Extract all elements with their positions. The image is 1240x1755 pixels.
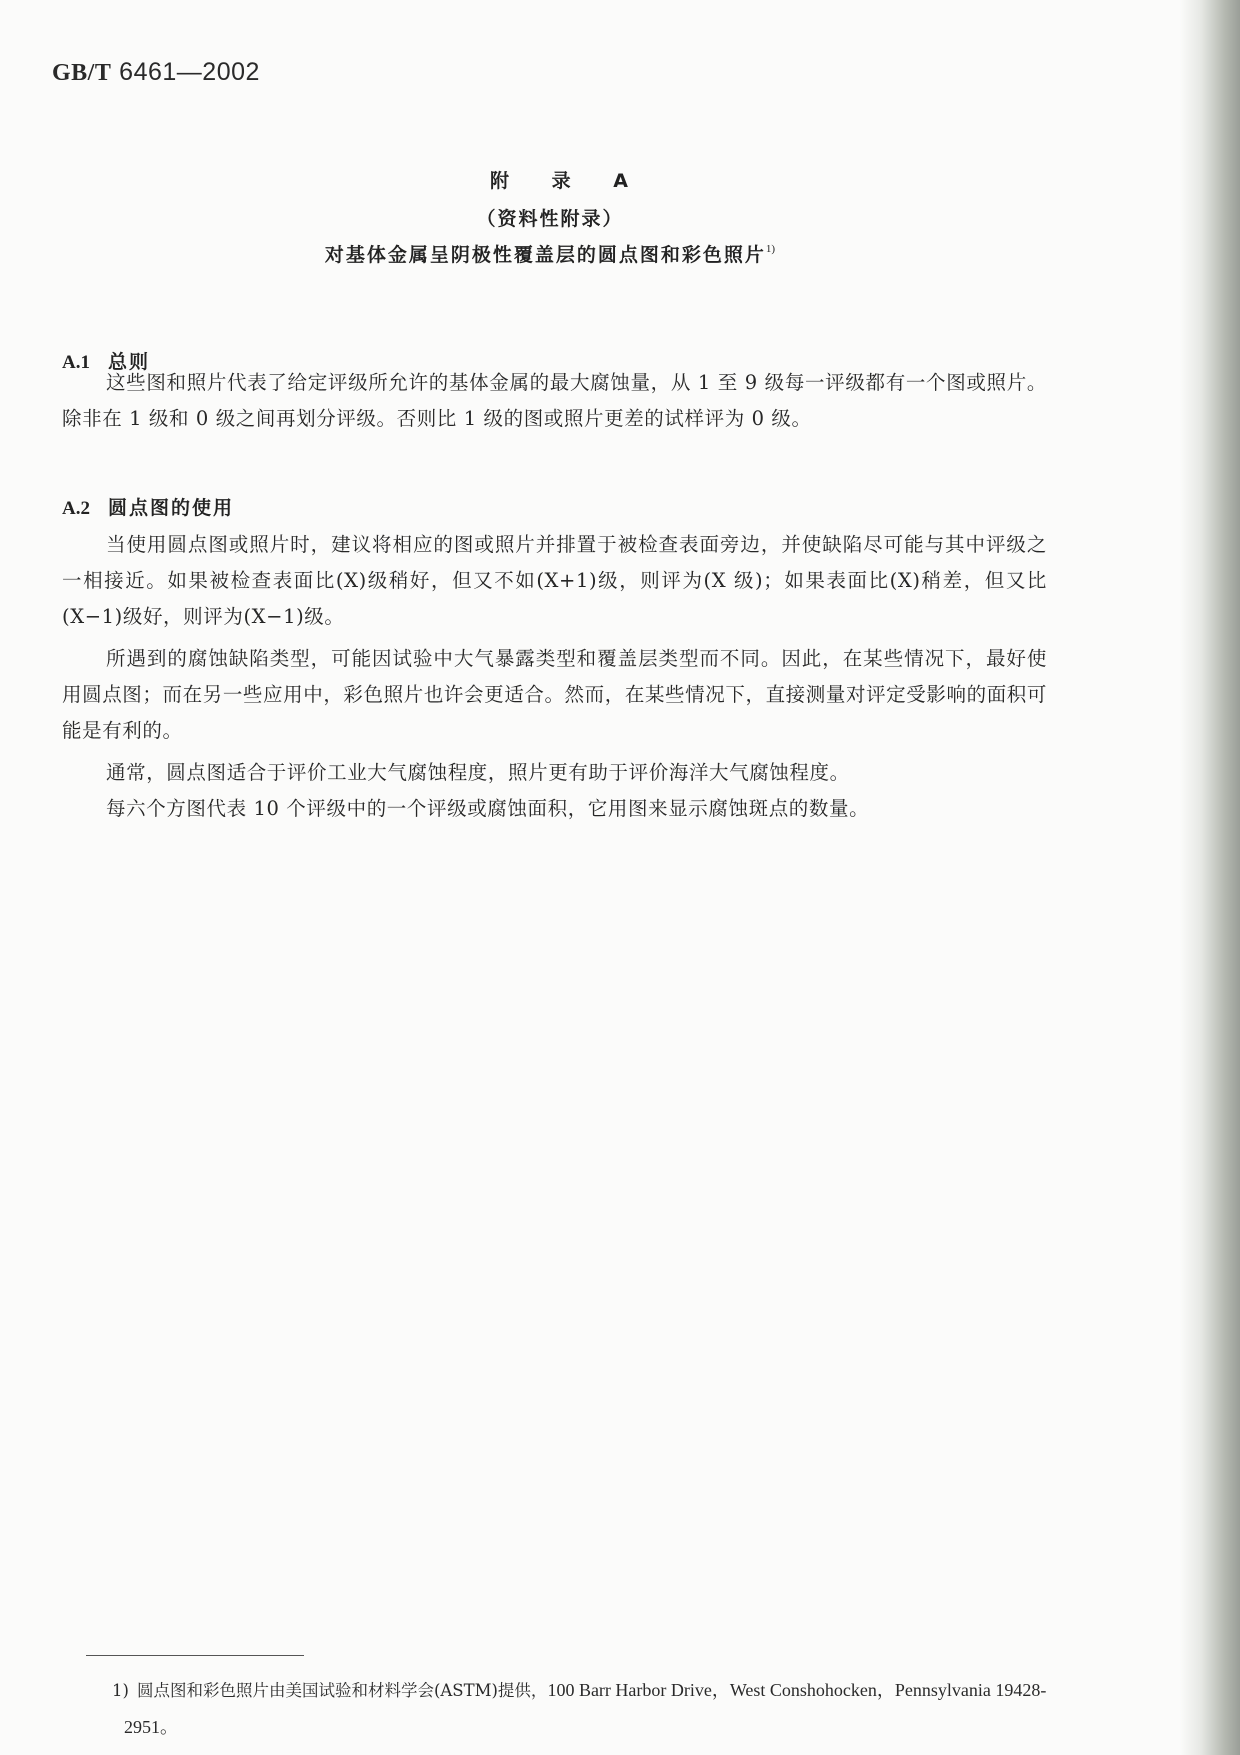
annex-heading-text: 对基体金属呈阴极性覆盖层的圆点图和彩色照片: [325, 244, 766, 266]
standard-code-header: GB/T 6461—2002: [52, 58, 260, 87]
section-heading-a2: A.2圆点图的使用: [62, 493, 234, 520]
paragraph-a2-1: 当使用圆点图或照片时，建议将相应的图或照片并排置于被检查表面旁边，并使缺陷尽可能…: [62, 527, 1047, 635]
standard-number: 6461—2002: [119, 58, 260, 86]
annex-heading: 对基体金属呈阴极性覆盖层的圆点图和彩色照片1): [0, 240, 1100, 267]
footnote-marker: 1): [112, 1681, 129, 1700]
section-number: A.2: [62, 498, 90, 519]
annex-title: 附 录 A: [0, 166, 1118, 193]
annex-subtitle: （资料性附录）: [0, 204, 1100, 231]
standard-prefix: GB/T: [52, 60, 111, 86]
footnote-reference: 1): [766, 243, 775, 255]
footnote-divider: [86, 1655, 304, 1656]
scan-edge-shadow: [1180, 0, 1240, 1755]
paragraph-a2-3: 通常，圆点图适合于评价工业大气腐蚀程度，照片更有助于评价海洋大气腐蚀程度。: [62, 755, 1047, 791]
paragraph-a2-2: 所遇到的腐蚀缺陷类型，可能因试验中大气暴露类型和覆盖层类型而不同。因此，在某些情…: [62, 641, 1047, 749]
paragraph-a2-4: 每六个方图代表 10 个评级中的一个评级或腐蚀面积，它用图来显示腐蚀斑点的数量。: [62, 791, 1047, 827]
footnote: 1)圆点图和彩色照片由美国试验和材料学会(ASTM)提供，100 Barr Ha…: [124, 1672, 1059, 1746]
footnote-text: 圆点图和彩色照片由美国试验和材料学会(ASTM)提供，: [137, 1681, 548, 1700]
section-title: 圆点图的使用: [108, 497, 234, 519]
paragraph-a1-1: 这些图和照片代表了给定评级所允许的基体金属的最大腐蚀量，从 1 至 9 级每一评…: [62, 365, 1047, 437]
